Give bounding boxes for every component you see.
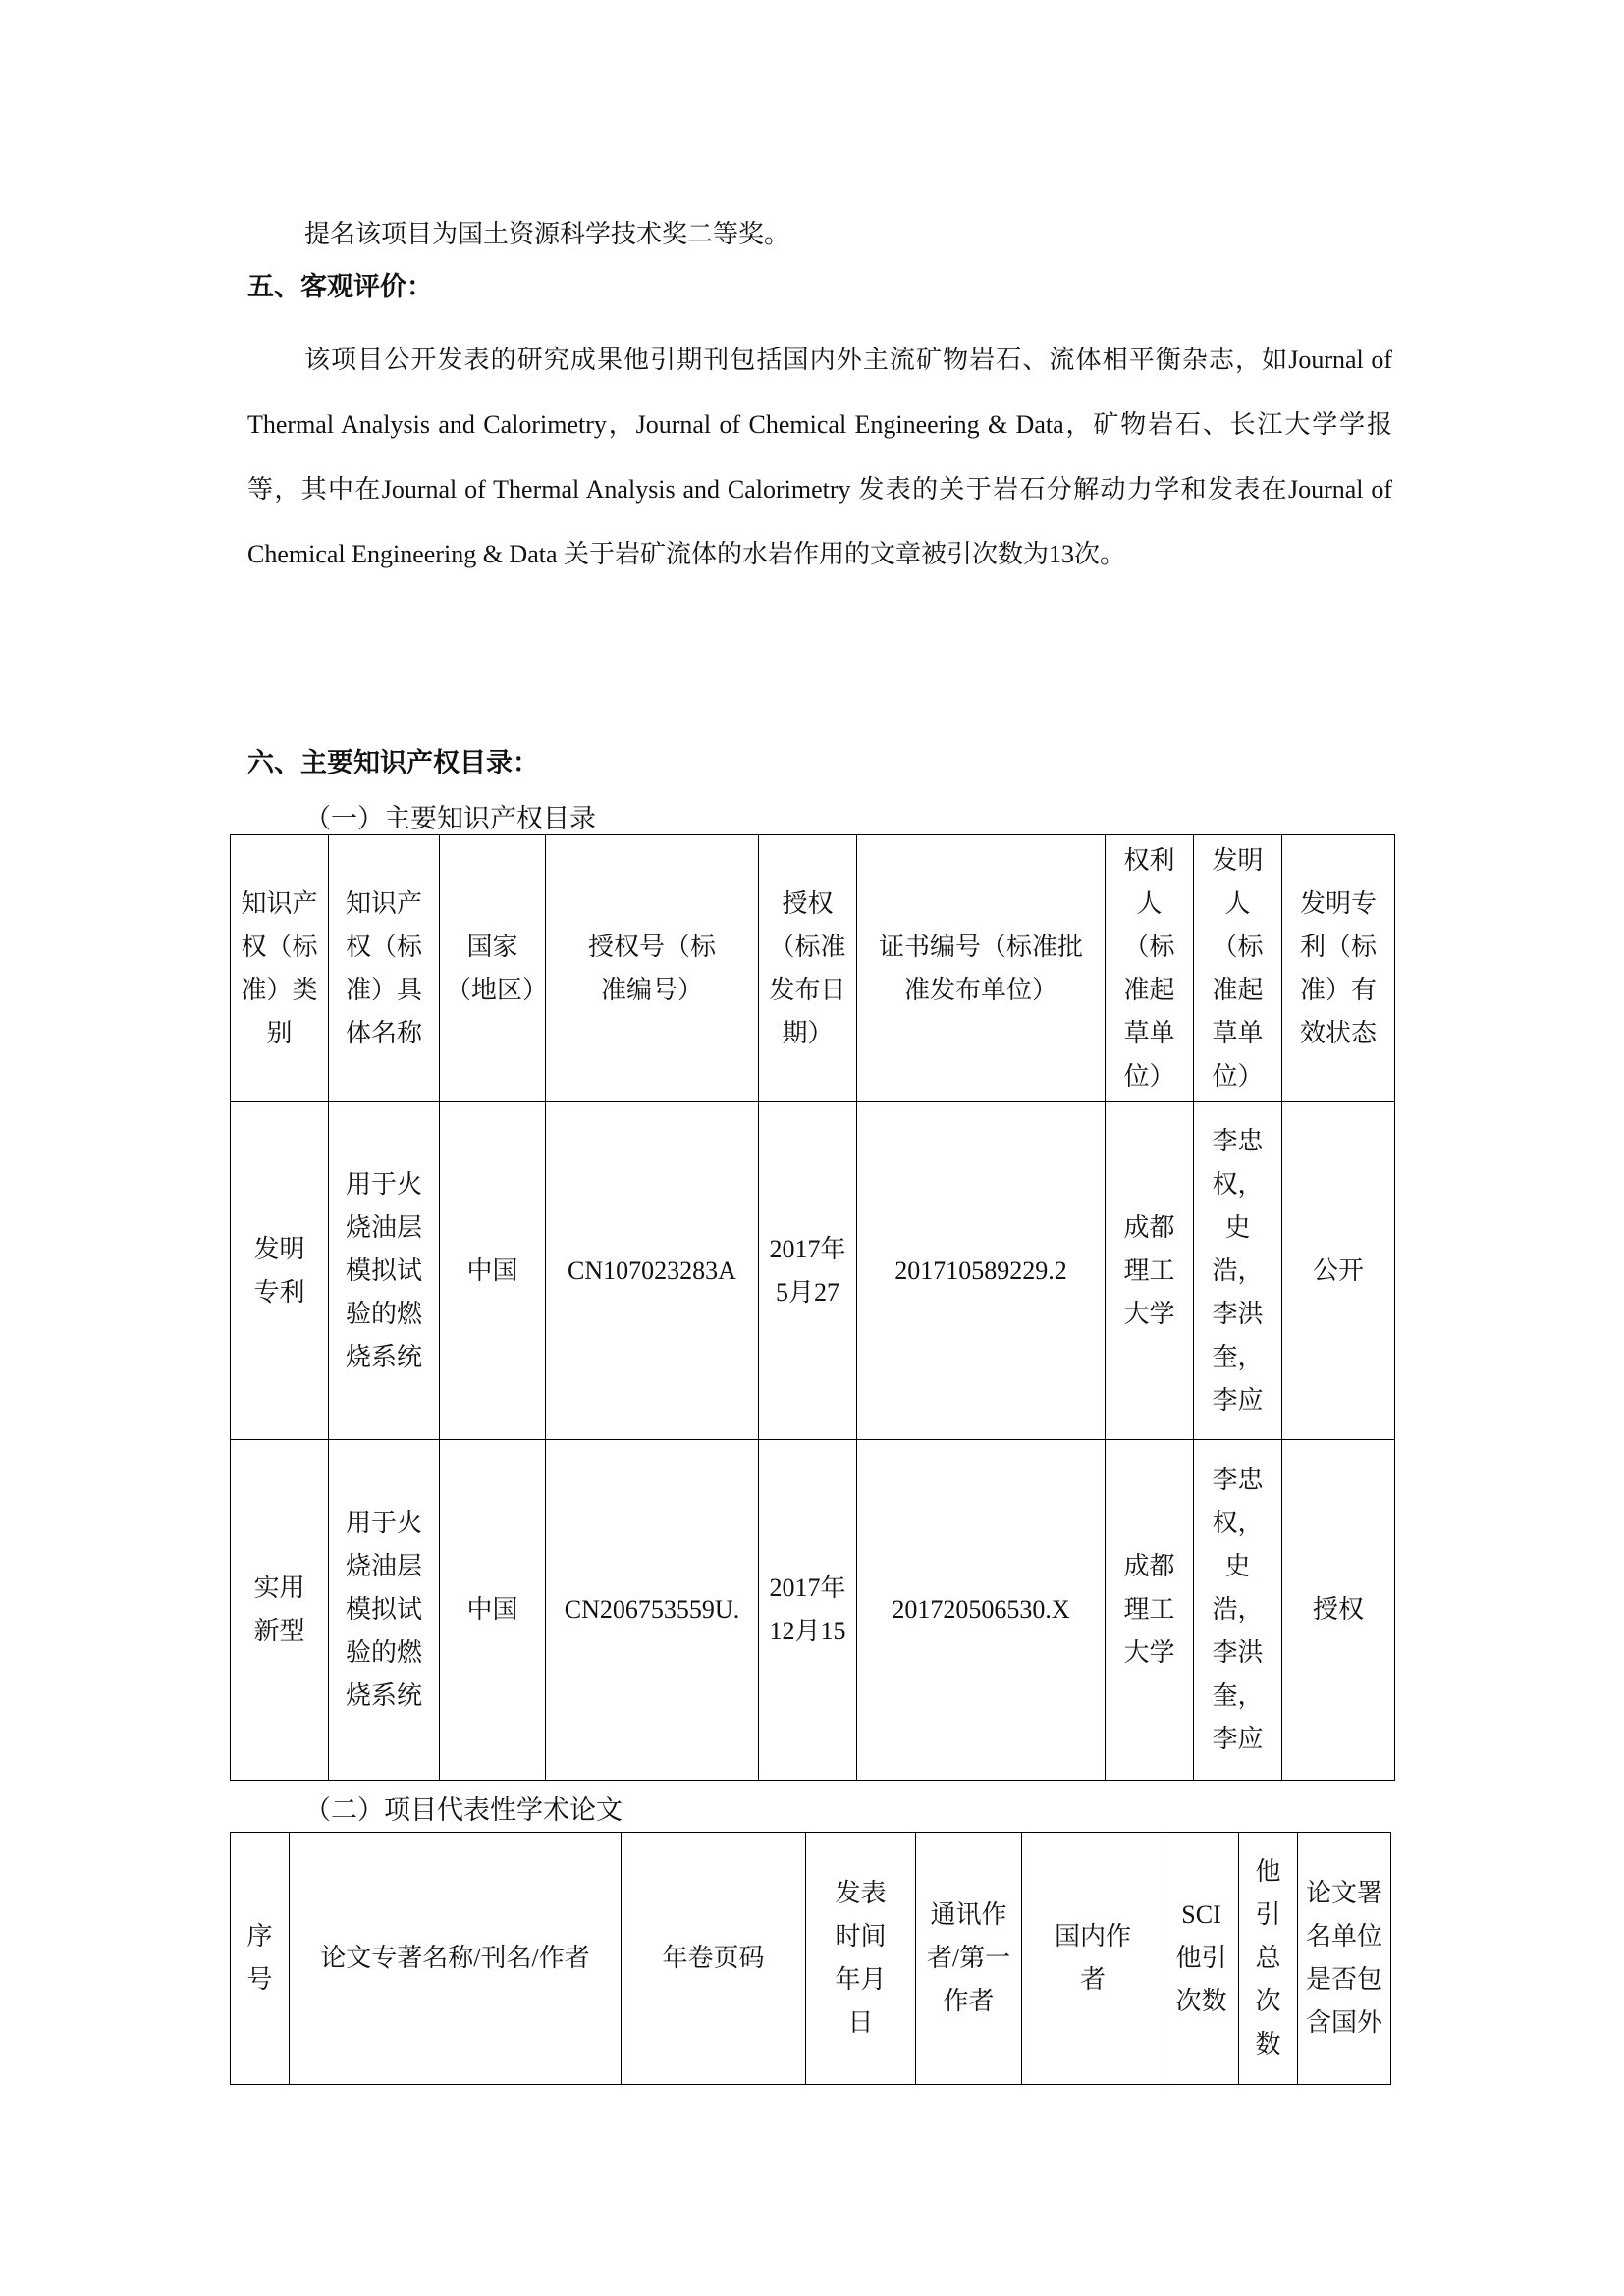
cert-no-cell: 201720506530.X [857,1440,1106,1781]
header-cell: 论文专著名称/刊名/作者 [290,1833,622,2085]
inventors-cell: 李忠权，史浩，李洪奎，李应 [1194,1102,1282,1440]
header-cell: 权利人（标准起草单位） [1106,835,1194,1102]
table-row: 发明专利 用于火烧油层模拟试验的燃烧系统 中国 CN107023283A 201… [231,1102,1395,1440]
header-cell: 知识产权（标准）具体名称 [329,835,440,1102]
grant-no-cell: CN206753559U. [546,1440,759,1781]
holder-cell: 成都理工大学 [1106,1440,1194,1781]
header-cell: 年卷页码 [622,1833,806,2085]
name-cell: 用于火烧油层模拟试验的燃烧系统 [329,1440,440,1781]
header-cell: 通讯作者/第一作者 [916,1833,1022,2085]
intro-line: 提名该项目为国土资源科学技术奖二等奖。 [247,202,1392,267]
country-cell: 中国 [440,1102,546,1440]
section5-paragraph: 该项目公开发表的研究成果他引期刊包括国内外主流矿物岩石、流体相平衡杂志，如Jou… [247,328,1392,587]
header-cell: 知识产权（标准）类别 [231,835,329,1102]
ip-table-header-row: 知识产权（标准）类别 知识产权（标准）具体名称 国家（地区） 授权号（标准编号）… [231,835,1395,1102]
category-cell: 实用新型 [231,1440,329,1781]
header-cell: 国内作者 [1022,1833,1164,2085]
date-cell: 2017年12月15 [759,1440,857,1781]
header-cell: 授权号（标准编号） [546,835,759,1102]
header-cell: 发明专利（标准）有效状态 [1282,835,1395,1102]
header-cell: 他引总次数 [1239,1833,1298,2085]
header-cell: 授权（标准发布日期） [759,835,857,1102]
table-row: 实用新型 用于火烧油层模拟试验的燃烧系统 中国 CN206753559U. 20… [231,1440,1395,1781]
paper-table-title: （二）项目代表性学术论文 [304,1789,623,1827]
date-cell: 2017年5月27 [759,1102,857,1440]
section6-heading: 六、主要知识产权目录： [247,741,539,779]
inventors-cell: 李忠权，史浩，李洪奎，李应 [1194,1440,1282,1781]
holder-cell: 成都理工大学 [1106,1102,1194,1440]
header-cell: SCI他引次数 [1164,1833,1239,2085]
paper-table: 序号 论文专著名称/刊名/作者 年卷页码 发表时间年月日 通讯作者/第一作者 国… [230,1832,1391,2085]
header-cell: 发表时间年月日 [806,1833,916,2085]
status-cell: 公开 [1282,1102,1395,1440]
name-cell: 用于火烧油层模拟试验的燃烧系统 [329,1102,440,1440]
grant-no-cell: CN107023283A [546,1102,759,1440]
category-cell: 发明专利 [231,1102,329,1440]
status-cell: 授权 [1282,1440,1395,1781]
header-cell: 序号 [231,1833,290,2085]
header-cell: 国家（地区） [440,835,546,1102]
paper-table-header-row: 序号 论文专著名称/刊名/作者 年卷页码 发表时间年月日 通讯作者/第一作者 国… [231,1833,1391,2085]
section5-heading: 五、客观评价： [247,265,433,303]
header-cell: 论文署名单位是否包含国外 [1298,1833,1391,2085]
header-cell: 证书编号（标准批准发布单位） [857,835,1106,1102]
header-cell: 发明人（标准起草单位） [1194,835,1282,1102]
cert-no-cell: 201710589229.2 [857,1102,1106,1440]
ip-table-title: （一）主要知识产权目录 [304,797,596,835]
country-cell: 中国 [440,1440,546,1781]
ip-table: 知识产权（标准）类别 知识产权（标准）具体名称 国家（地区） 授权号（标准编号）… [230,834,1395,1781]
